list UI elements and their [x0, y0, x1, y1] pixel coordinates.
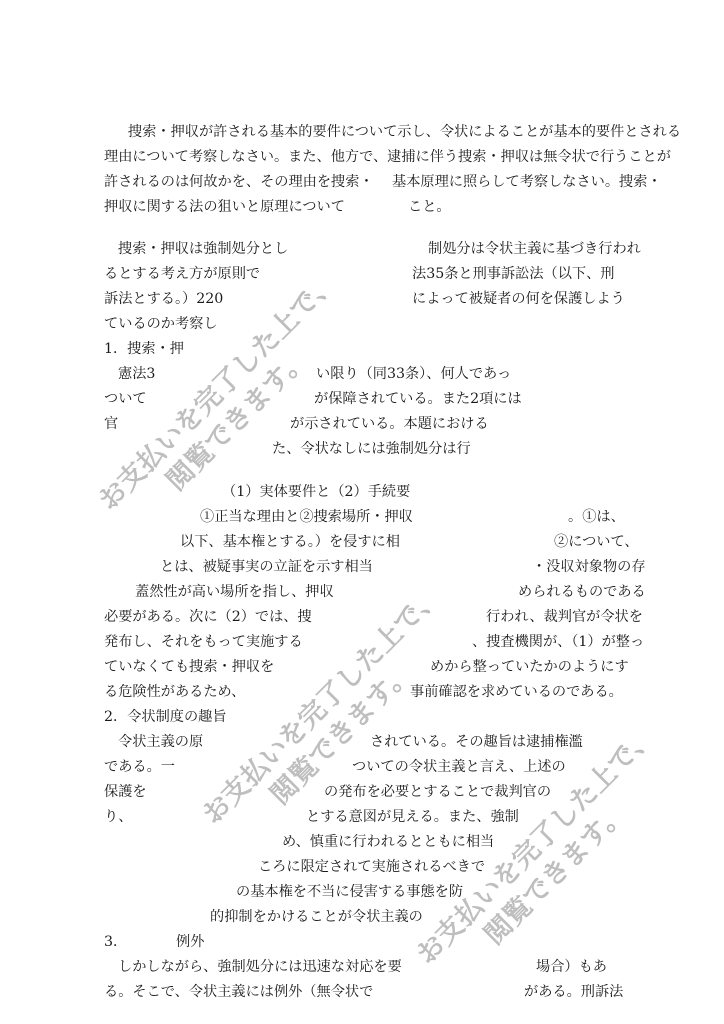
- text-line: ついてが保障されている。また2項には: [0, 387, 724, 411]
- text-segment: ていなくても捜索・押収を: [104, 655, 274, 679]
- text-segment: 3．: [104, 930, 127, 954]
- text-segment: 官: [104, 412, 118, 436]
- text-line: る。そこで、令状主義には例外（無令状でがある。刑訴法: [0, 980, 724, 1004]
- text-segment: されている。その趣旨は逮捕権濫: [370, 730, 583, 754]
- text-segment: とは、被疑事実の立証を示す相当: [160, 555, 373, 579]
- text-line: 蓋然性が高い場所を指し、押収められるものである: [0, 580, 724, 604]
- text-line: た、令状なしには強制処分は行: [0, 437, 724, 461]
- document-page: 捜索・押収が許される基本的要件について示し、令状によることが基本的要件とされる理…: [0, 0, 724, 1024]
- text-line: 令状主義の原されている。その趣旨は逮捕権濫: [0, 730, 724, 754]
- text-line: （1）実体要件と（2）手続要: [0, 480, 724, 504]
- text-line: め、慎重に行われるとともに相当: [0, 830, 724, 854]
- text-line: 以下、基本権とする。）を侵すに相②について、: [0, 530, 724, 554]
- text-segment: とする意図が見える。また、強制: [306, 805, 519, 829]
- text-line: 理由について考察しなさい。また、他方で、逮捕に伴う捜索・押収は無令状で行うことが: [0, 145, 724, 169]
- text-segment: 捜索・押収は強制処分とし: [118, 237, 288, 261]
- text-segment: 押収に関する法の狙いと原理について: [104, 195, 345, 219]
- text-line: しかしながら、強制処分には迅速な対応を要場合）もあ: [0, 955, 724, 979]
- text-line: ころに限定されて実施されるべきで: [0, 855, 724, 879]
- text-segment: 令状主義の原: [118, 730, 203, 754]
- text-segment: 行われ、裁判官が令状を: [486, 605, 643, 629]
- text-line: るとする考え方が原則で法35条と刑事訴訟法（以下、刑: [0, 262, 724, 286]
- text-segment: 発布し、それをもって実施する: [104, 630, 303, 654]
- text-line: 捜索・押収は強制処分とし制処分は令状主義に基づき行われ: [0, 237, 724, 261]
- text-line: である。一ついての令状主義と言え、上述の: [0, 755, 724, 779]
- text-line: 発布し、それをもって実施する、捜査機関が、（1）が整っ: [0, 630, 724, 654]
- text-segment: められるものである: [518, 580, 646, 604]
- text-segment: 法35条と刑事訴訟法（以下、刑: [412, 262, 615, 286]
- text-segment: 蓋然性が高い場所を指し、押収: [135, 580, 334, 604]
- text-segment: 的抑制をかけることが令状主義の: [210, 905, 423, 929]
- text-line: とは、被疑事実の立証を示す相当・没収対象物の存: [0, 555, 724, 579]
- text-segment: によって被疑者の何を保護しよう: [412, 287, 625, 311]
- text-line: 保護をの発布を必要とすることで裁判官の: [0, 780, 724, 804]
- text-line: 押収に関する法の狙いと原理についてこと。: [0, 195, 724, 219]
- text-line: 官が示されている。本題における: [0, 412, 724, 436]
- text-segment: ついて: [104, 387, 147, 411]
- text-segment: 基本原理に照らして考察しなさい。捜索・: [392, 170, 662, 194]
- text-segment: 例外: [176, 930, 204, 954]
- text-segment: た、令状なしには強制処分は行: [272, 437, 471, 461]
- text-segment: る。そこで、令状主義には例外（無令状で: [104, 980, 373, 1004]
- text-line: 憲法3い限り（同33条）、何人であっ: [0, 362, 724, 386]
- text-segment: い限り（同33条）、何人であっ: [316, 362, 511, 386]
- text-segment: ころに限定されて実施されるべきで: [258, 855, 485, 879]
- text-line: 許されるのは何故かを、その理由を捜索・基本原理に照らして考察しなさい。捜索・: [0, 170, 724, 194]
- text-line: り、とする意図が見える。また、強制: [0, 805, 724, 829]
- text-segment: る危険性があるため、: [104, 680, 245, 704]
- text-segment: り、: [104, 805, 132, 829]
- text-segment: め、慎重に行われるとともに相当: [282, 830, 494, 854]
- text-line: 2．令状制度の趣旨: [0, 705, 724, 729]
- text-segment: ②について、: [554, 530, 639, 554]
- text-line: 1．捜索・押: [0, 337, 724, 361]
- text-line: ていなくても捜索・押収をめから整っていたかのようにす: [0, 655, 724, 679]
- text-line: ①正当な理由と②捜索場所・押収。①は、: [0, 505, 724, 529]
- text-segment: ・没収対象物の存: [532, 555, 646, 579]
- text-segment: 2．令状制度の趣旨: [104, 705, 227, 729]
- text-segment: ついての令状主義と言え、上述の: [352, 755, 566, 779]
- text-segment: 憲法3: [118, 362, 155, 386]
- text-segment: 1．捜索・押: [104, 337, 184, 361]
- text-segment: 必要がある。次に（2）では、捜: [104, 605, 312, 629]
- text-segment: の発布を必要とすることで裁判官の: [324, 780, 551, 804]
- text-segment: が保障されている。また2項には: [314, 387, 522, 411]
- text-segment: 訴法とする。）220: [104, 287, 223, 311]
- text-segment: が示されている。本題における: [290, 412, 489, 436]
- text-segment: 、捜査機関が、（1）が整っ: [472, 630, 644, 654]
- text-segment: しかしながら、強制処分には迅速な対応を要: [118, 955, 402, 979]
- text-line: ているのか考察し: [0, 312, 724, 336]
- text-segment: 。①は、: [568, 505, 625, 529]
- text-segment: ているのか考察し: [104, 312, 218, 336]
- text-segment: 保護を: [104, 780, 147, 804]
- text-line: 訴法とする。）220によって被疑者の何を保護しよう: [0, 287, 724, 311]
- text-segment: 許されるのは何故かを、その理由を捜索・: [104, 170, 374, 194]
- text-segment: 事前確認を求めているのである。: [410, 680, 623, 704]
- text-segment: めから整っていたかのようにす: [430, 655, 629, 679]
- text-line: る危険性があるため、事前確認を求めているのである。: [0, 680, 724, 704]
- text-segment: こと。: [408, 195, 451, 219]
- text-segment: がある。刑訴法: [524, 980, 623, 1004]
- text-segment: 理由について考察しなさい。また、他方で、逮捕に伴う捜索・押収は無令状で行うことが: [104, 145, 671, 169]
- text-segment: である。一: [104, 755, 175, 779]
- text-segment: 捜索・押収が許される基本的要件について示し、令状によることが基本的要件とされる: [128, 120, 681, 144]
- text-segment: 以下、基本権とする。）を侵すに相: [180, 530, 400, 554]
- text-segment: の基本権を不当に侵害する事態を防: [236, 880, 463, 904]
- text-line: 必要がある。次に（2）では、捜行われ、裁判官が令状を: [0, 605, 724, 629]
- text-segment: 制処分は令状主義に基づき行われ: [428, 237, 641, 261]
- text-line: 捜索・押収が許される基本的要件について示し、令状によることが基本的要件とされる: [0, 120, 724, 144]
- text-segment: （1）実体要件と（2）手続要: [222, 480, 410, 504]
- text-line: 3．例外: [0, 930, 724, 954]
- text-line: の基本権を不当に侵害する事態を防: [0, 880, 724, 904]
- text-segment: 場合）もあ: [536, 955, 607, 979]
- text-line: 的抑制をかけることが令状主義の: [0, 905, 724, 929]
- text-segment: るとする考え方が原則で: [104, 262, 260, 286]
- text-segment: ①正当な理由と②捜索場所・押収: [200, 505, 413, 529]
